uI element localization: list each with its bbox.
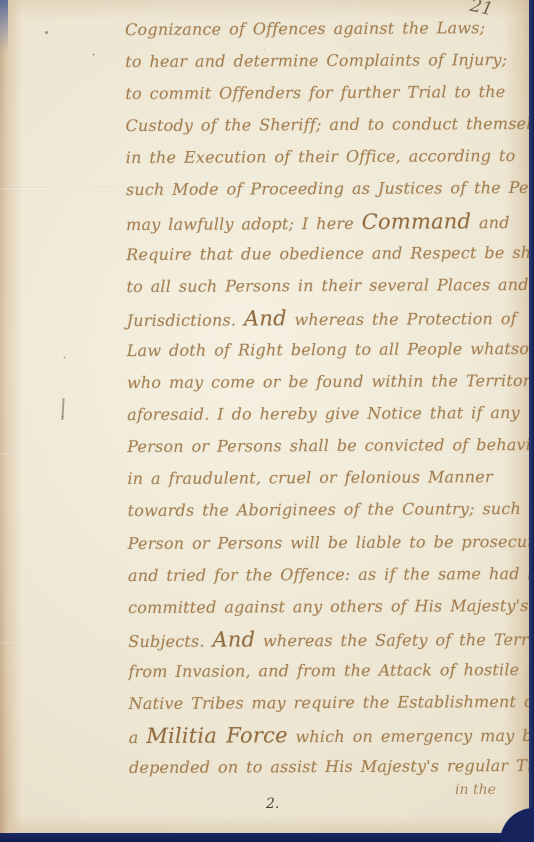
manuscript-segment: whereas the Protection of (287, 309, 517, 329)
manuscript-segment: Militia Force (146, 723, 288, 748)
manuscript-text: Cognizance of Offences against the Laws;… (125, 12, 534, 784)
manuscript-segment: from Invasion, and from the Attack of ho… (128, 660, 519, 681)
manuscript-segment: Jurisdictions. (127, 310, 244, 330)
manuscript-line: Person or Persons will be liable to be p… (128, 525, 534, 559)
manuscript-segment: a (129, 728, 147, 747)
manuscript-line: Native Tribes may require the Establishm… (129, 686, 534, 720)
page-edge-right (529, 0, 534, 842)
manuscript-segment: Require that due obedience and Respect b… (126, 242, 534, 263)
manuscript-line: in the Execution of their Office, accord… (126, 140, 532, 174)
manuscript-segment: Cognizance of Offences against the Laws; (125, 18, 485, 39)
manuscript-segment: towards the Aboriginees of the Country; … (128, 499, 522, 520)
page-corner-bottom-right (500, 808, 534, 842)
manuscript-line: Cognizance of Offences against the Laws; (125, 12, 531, 46)
manuscript-segment: whereas the Safety of the Territory (255, 630, 534, 651)
foxing-specks (45, 31, 48, 34)
manuscript-segment: in a fraudulent, cruel or felonious Mann… (127, 467, 492, 488)
manuscript-page: Cognizance of Offences against the Laws;… (0, 0, 534, 842)
manuscript-segment: Command (362, 209, 472, 234)
manuscript-line: to all such Persons in their several Pla… (126, 269, 532, 303)
page-edge-bottom (0, 833, 534, 842)
page-number: 2. (266, 796, 279, 812)
stray-pen-mark (61, 398, 64, 420)
manuscript-line: Require that due obedience and Respect b… (126, 237, 532, 271)
catchword: in the (455, 782, 496, 798)
page-corner-top-left (0, 0, 8, 52)
manuscript-segment: may lawfully adopt; I here (126, 213, 362, 233)
manuscript-segment: who may come or be found within the Terr… (127, 371, 534, 392)
manuscript-segment: Native Tribes may require the Establishm… (129, 692, 534, 713)
manuscript-segment: committed against any others of His Maje… (128, 596, 529, 617)
manuscript-line: may lawfully adopt; I here Command and (126, 205, 532, 239)
manuscript-line: from Invasion, and from the Attack of ho… (128, 654, 534, 688)
manuscript-segment: Person or Persons will be liable to be p… (128, 531, 534, 552)
manuscript-segment: depended on to assist His Majesty's regu… (129, 756, 534, 777)
manuscript-line: aforesaid. I do hereby give Notice that … (127, 397, 533, 431)
manuscript-line: Person or Persons shall be convicted of … (127, 429, 533, 463)
manuscript-line: committed against any others of His Maje… (128, 590, 534, 624)
manuscript-line: in a fraudulent, cruel or felonious Mann… (127, 461, 533, 495)
manuscript-segment: to commit Offenders for further Trial to… (125, 82, 505, 103)
manuscript-line: Law doth of Right belong to all People w… (127, 333, 533, 367)
manuscript-segment: And (244, 306, 287, 330)
manuscript-line: and tried for the Offence: as if the sam… (128, 558, 534, 592)
manuscript-line: a Militia Force which on emergency may b… (129, 718, 534, 752)
manuscript-line: Jurisdictions. And whereas the Protectio… (126, 301, 532, 335)
manuscript-segment: aforesaid. I do hereby give Notice that … (127, 403, 520, 424)
manuscript-segment: to hear and determine Complaints of Inju… (125, 50, 507, 71)
manuscript-segment: Law doth of Right belong to all People w… (127, 339, 534, 360)
manuscript-line: to hear and determine Complaints of Inju… (125, 44, 531, 78)
manuscript-line: such Mode of Proceeding as Justices of t… (126, 172, 532, 206)
manuscript-segment: Person or Persons shall be convicted of … (127, 435, 534, 456)
manuscript-line: Custody of the Sheriff; and to conduct t… (125, 108, 531, 142)
manuscript-segment: Subjects. (128, 631, 212, 650)
manuscript-segment: such Mode of Proceeding as Justices of t… (126, 178, 534, 199)
manuscript-segment: in the Execution of their Office, accord… (126, 146, 516, 167)
manuscript-line: depended on to assist His Majesty's regu… (129, 750, 534, 784)
manuscript-segment: Custody of the Sheriff; and to conduct t… (126, 114, 534, 135)
manuscript-line: to commit Offenders for further Trial to… (125, 76, 531, 110)
manuscript-line: Subjects. And whereas the Safety of the … (128, 622, 534, 656)
manuscript-segment: and tried for the Offence: as if the sam… (128, 563, 534, 584)
manuscript-segment: And (212, 627, 255, 651)
manuscript-segment: which on emergency may be (288, 726, 534, 746)
manuscript-line: towards the Aboriginees of the Country; … (128, 493, 534, 527)
manuscript-segment: and (471, 213, 510, 232)
manuscript-segment: to all such Persons in their several Pla… (126, 275, 528, 296)
manuscript-line: who may come or be found within the Terr… (127, 365, 533, 399)
